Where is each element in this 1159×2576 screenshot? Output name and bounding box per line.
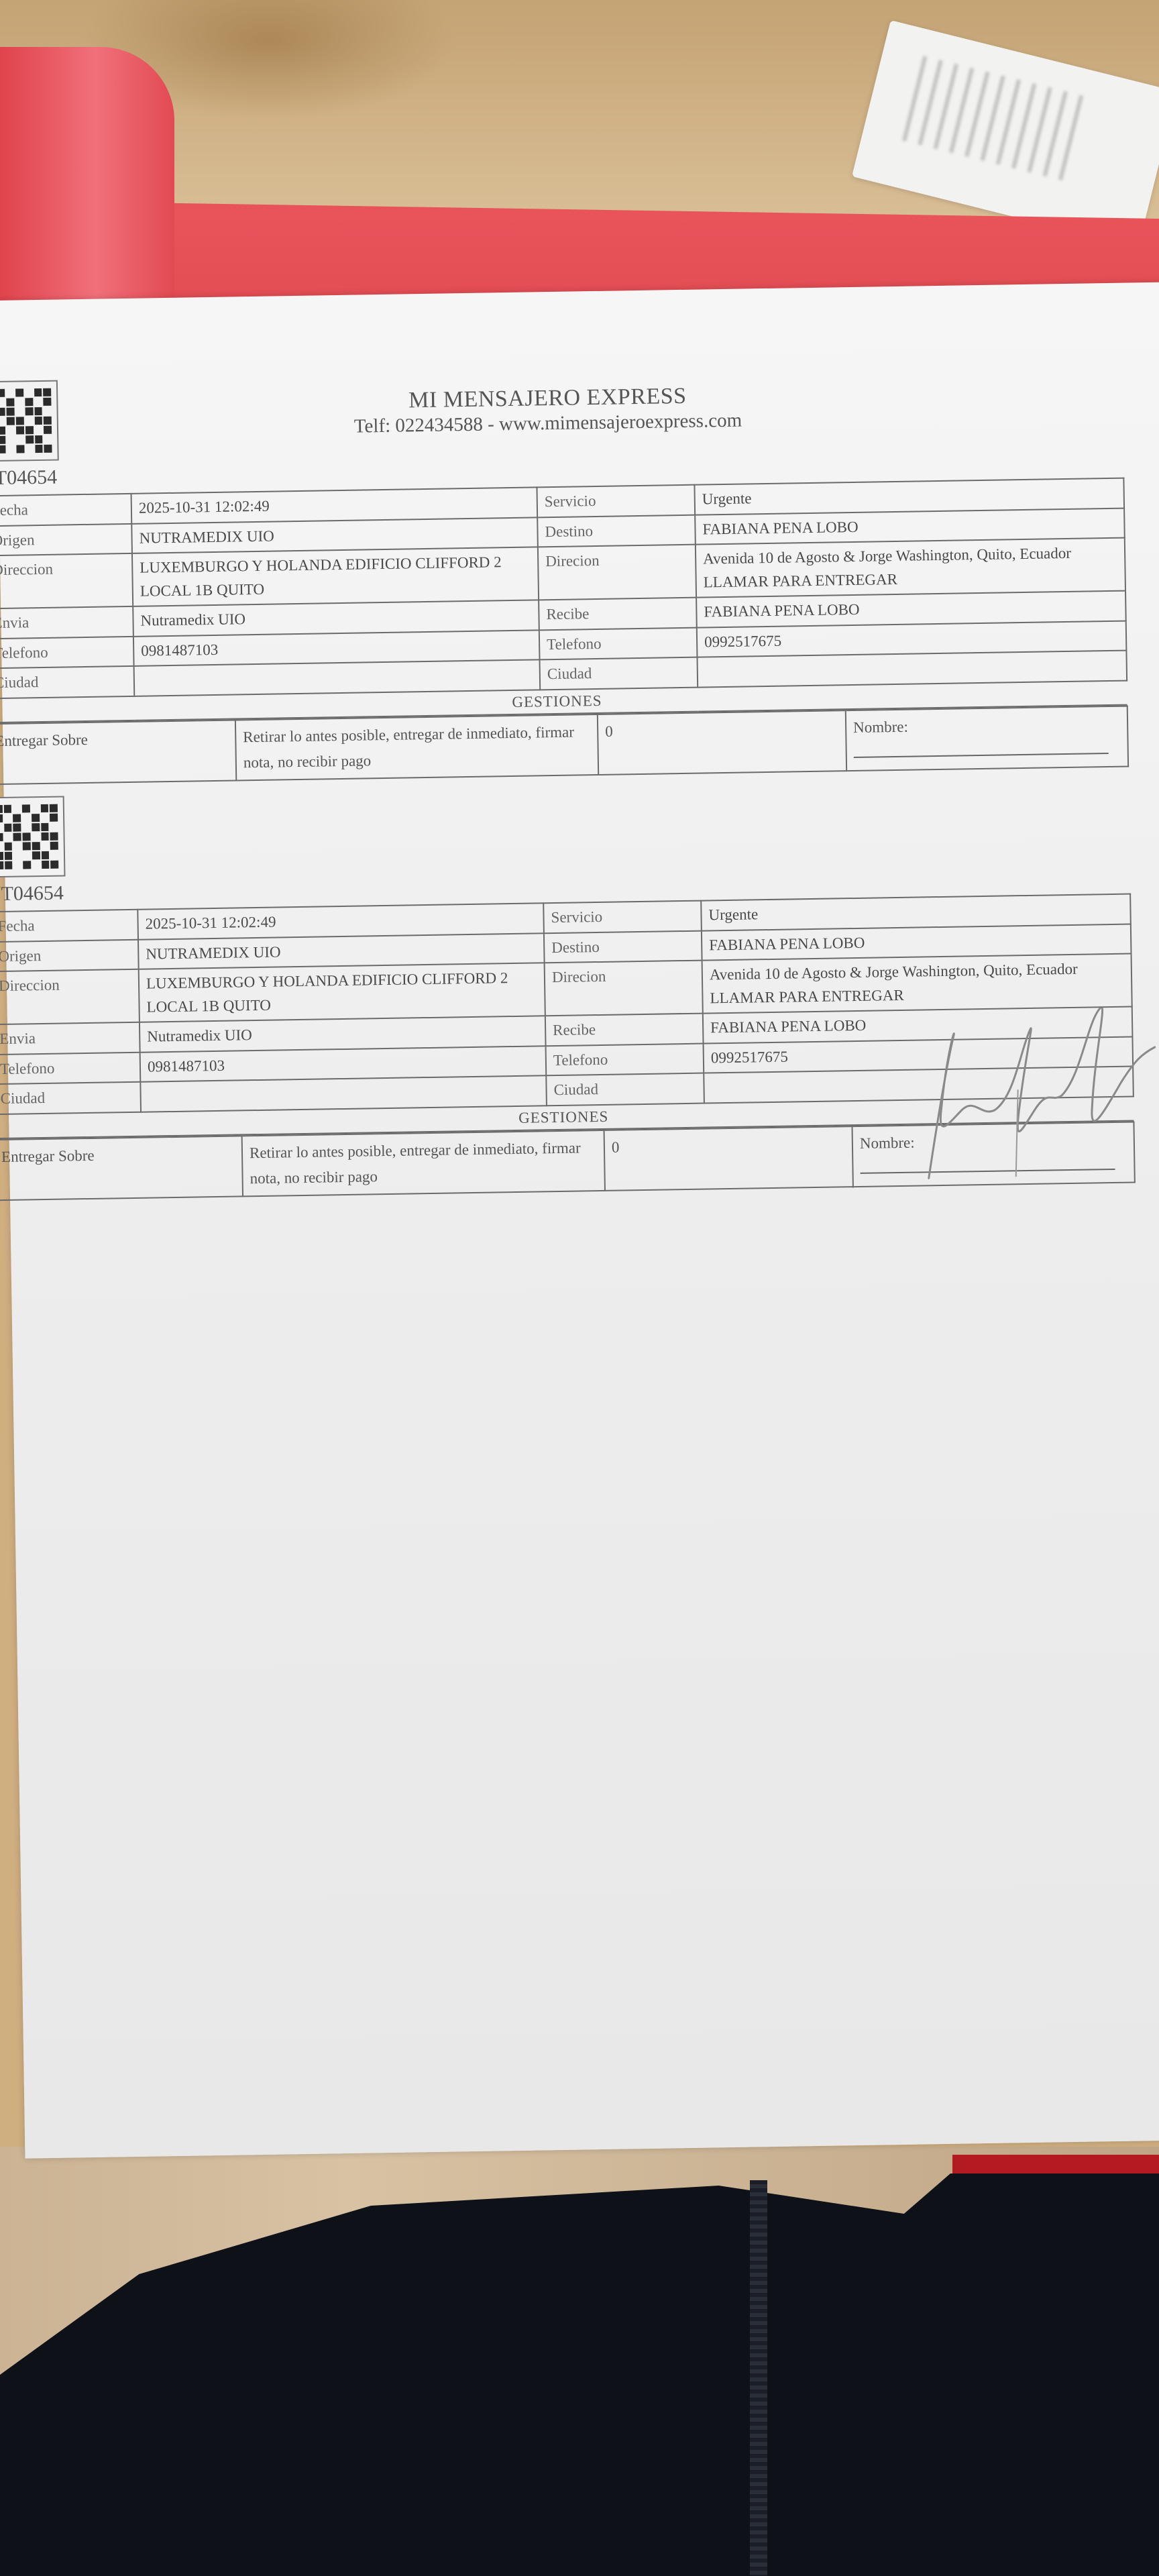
field-label: Ciudad (540, 657, 698, 690)
field-label: Ciudad (546, 1073, 704, 1106)
field-value: LUXEMBURGO Y HOLANDA EDIFICIO CLIFFORD 2… (139, 963, 545, 1022)
qr-module (42, 861, 50, 869)
field-label: Ciudad (0, 666, 134, 698)
field-label: Telefono (546, 1043, 704, 1075)
qr-module (25, 417, 34, 425)
field-value: LUXEMBURGO Y HOLANDA EDIFICIO CLIFFORD 2… (132, 547, 539, 606)
field-label: Envia (0, 1022, 140, 1055)
field-label: Direccion (0, 969, 140, 1024)
qr-module (50, 814, 58, 822)
qr-module (7, 408, 15, 416)
qr-module (50, 861, 58, 869)
waybill-table: Fecha2025-10-31 12:02:49ServicioUrgenteO… (0, 478, 1128, 724)
qr-module (50, 833, 58, 841)
qr-module (0, 417, 5, 425)
gestion-task: Entregar Sobre (0, 1136, 243, 1200)
qr-module (4, 824, 12, 832)
qr-module (0, 824, 3, 832)
qr-module (7, 445, 15, 453)
qr-module (41, 842, 49, 850)
qr-module (0, 805, 3, 813)
qr-module (23, 861, 31, 869)
qr-module (44, 398, 52, 406)
qr-module (16, 407, 24, 415)
qr-module (50, 851, 58, 859)
field-label: Fecha (0, 494, 131, 526)
field-label: Direcion (545, 961, 703, 1016)
qr-module (7, 398, 15, 407)
gestion-task: Entregar Sobre (0, 720, 236, 784)
waybill-copy-2: Fecha2025-10-31 12:02:49ServicioUrgenteO… (0, 894, 1134, 1201)
qr-module (32, 861, 40, 869)
qr-module (0, 861, 3, 869)
field-value: Avenida 10 de Agosto & Jorge Washington,… (696, 538, 1125, 598)
qr-module (4, 833, 12, 841)
qr-module (0, 843, 3, 851)
recipient-name-field: Nombre: (852, 1122, 1134, 1187)
field-label: Recibe (545, 1014, 704, 1046)
qr-module (44, 407, 52, 415)
qr-module (32, 804, 40, 812)
qr-module (4, 843, 12, 851)
qr-module (43, 388, 51, 396)
qr-module (0, 445, 6, 453)
qr-module (25, 407, 33, 415)
qr-module (44, 426, 52, 434)
qr-module (23, 851, 31, 859)
qr-module (4, 814, 12, 822)
field-label: Envia (0, 606, 133, 639)
red-folder-tab (0, 47, 174, 335)
signature-line (854, 741, 1109, 758)
qr-module (41, 851, 49, 859)
qr-module (44, 417, 52, 425)
qr-module (32, 823, 40, 831)
field-label: Destino (544, 930, 702, 963)
qr-module (25, 398, 33, 406)
qr-module (35, 435, 43, 443)
qr-module (32, 842, 40, 850)
qr-module (41, 833, 49, 841)
qr-module (25, 435, 34, 443)
qr-module (0, 814, 3, 822)
gestion-amount: 0 (598, 710, 846, 775)
field-label: Destino (537, 515, 696, 547)
gestion-instructions: Retirar lo antes posible, entregar de in… (242, 1130, 605, 1196)
qr-module (32, 851, 40, 859)
qr-module (32, 814, 40, 822)
qr-module (34, 398, 42, 406)
qr-module (32, 833, 40, 841)
waybill-copy-1: Fecha2025-10-31 12:02:49ServicioUrgenteO… (0, 478, 1127, 786)
qr-module (13, 824, 21, 832)
qr-module (16, 435, 24, 443)
qr-module (23, 842, 31, 850)
qr-module (0, 436, 6, 444)
field-label: Origen (0, 939, 139, 971)
qr-code-icon (0, 380, 59, 462)
qr-module (22, 823, 30, 831)
qr-module (14, 861, 22, 869)
signature-line (860, 1157, 1115, 1174)
qr-module (13, 814, 21, 822)
qr-module (15, 398, 23, 406)
guide-number: NT04654 (0, 466, 57, 490)
qr-module (34, 388, 42, 396)
qr-module (22, 804, 30, 812)
qr-module (25, 388, 33, 396)
qr-module (50, 804, 58, 812)
name-label: Nombre: (860, 1134, 915, 1152)
qr-module (50, 842, 58, 850)
field-label: Telefono (539, 627, 698, 659)
field-label: Ciudad (0, 1082, 141, 1114)
qr-module (41, 823, 49, 831)
qr-module (35, 426, 43, 434)
qr-module (0, 833, 3, 841)
qr-module (13, 833, 21, 841)
field-value: Avenida 10 de Agosto & Jorge Washington,… (702, 954, 1132, 1014)
qr-module (16, 417, 24, 425)
qr-module (0, 427, 6, 435)
qr-module (0, 389, 5, 397)
qr-module (34, 407, 42, 415)
qr-module (0, 852, 3, 860)
qr-module (16, 426, 24, 434)
qr-module (13, 843, 21, 851)
field-label: Telefono (0, 636, 134, 668)
qr-module (34, 417, 42, 425)
field-label: Telefono (0, 1052, 140, 1084)
qr-module (7, 427, 15, 435)
qr-module (4, 805, 12, 813)
waybill-paper: MI MENSAJERO EXPRESS Telf: 022434588 - w… (0, 282, 1159, 2159)
qr-module (50, 823, 58, 831)
qr-module (25, 445, 34, 453)
field-label: Direccion (0, 553, 133, 608)
qr-module (7, 417, 15, 425)
field-label: Servicio (537, 485, 695, 517)
name-label: Nombre: (853, 718, 908, 736)
qr-module (7, 436, 15, 444)
qr-code-icon (0, 796, 65, 877)
qr-module (6, 389, 14, 397)
jacket-zipper (750, 2180, 767, 2576)
qr-module (5, 861, 13, 869)
qr-module (40, 804, 48, 812)
qr-module (5, 852, 13, 860)
qr-module (15, 388, 23, 396)
qr-module (25, 426, 34, 434)
qr-module (13, 805, 21, 813)
qr-module (44, 445, 52, 453)
gestion-instructions: Retirar lo antes posible, entregar de in… (235, 714, 598, 780)
field-label: Servicio (543, 901, 702, 933)
field-label: Direcion (538, 545, 696, 600)
gestion-amount: 0 (604, 1126, 853, 1191)
qr-module (0, 408, 5, 416)
qr-module (13, 852, 21, 860)
qr-module (17, 445, 25, 453)
field-label: Fecha (0, 910, 138, 942)
qr-module (0, 398, 5, 407)
qr-module (41, 814, 49, 822)
guide-number: NT04654 (0, 882, 64, 906)
document-header: MI MENSAJERO EXPRESS Telf: 022434588 - w… (313, 382, 783, 439)
qr-module (23, 833, 31, 841)
qr-module (44, 435, 52, 443)
field-label: Recibe (539, 598, 697, 630)
qr-module (35, 445, 43, 453)
receipt-slip-text-blur (902, 56, 1093, 182)
qr-module (22, 814, 30, 822)
waybill-table: Fecha2025-10-31 12:02:49ServicioUrgenteO… (0, 894, 1134, 1140)
field-label: Origen (0, 523, 132, 555)
recipient-name-field: Nombre: (846, 706, 1128, 771)
